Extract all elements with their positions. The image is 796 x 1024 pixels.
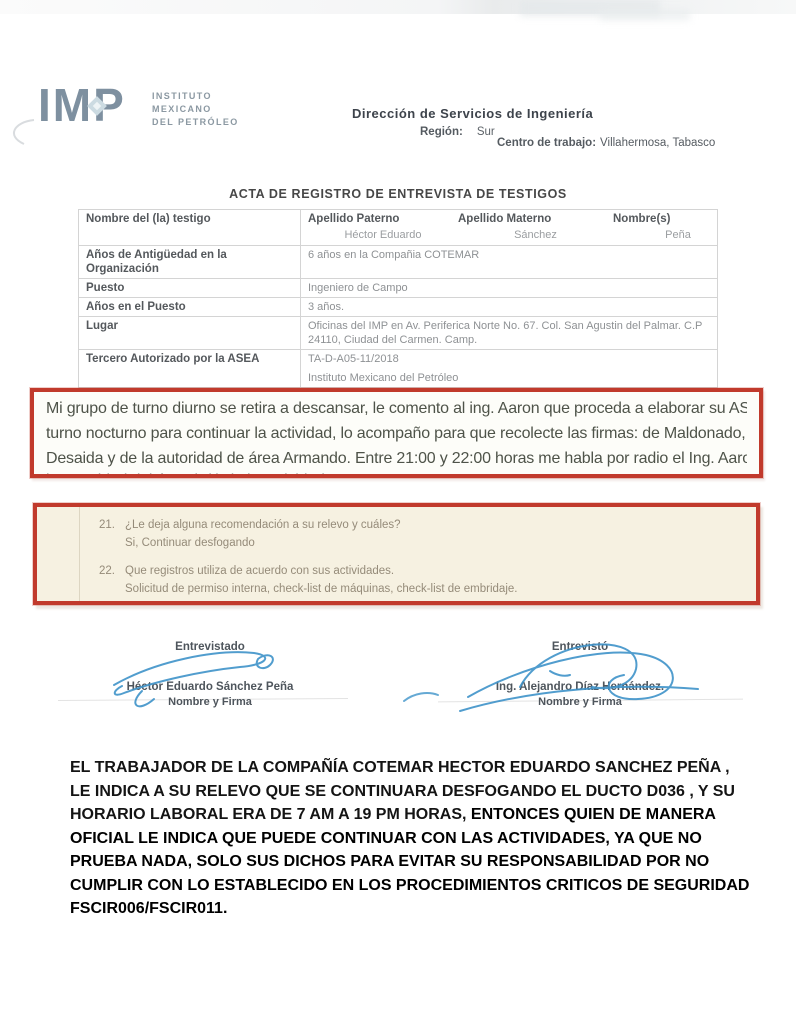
name-headers: Apellido Paterno Apellido Materno Nombre… [308, 212, 710, 242]
row-label: Tercero Autorizado por la ASEA [79, 350, 301, 388]
question-answer: Solicitud de permiso interna, check-list… [99, 582, 746, 597]
column-header: Apellido Materno [458, 212, 613, 226]
question-item: 21.¿Le deja alguna recomendación a su re… [99, 518, 746, 551]
table-row: Tercero Autorizado por la ASEA TA-D-A05-… [79, 350, 718, 388]
column-header: Nombre(s) [613, 212, 743, 226]
page-title: ACTA DE REGISTRO DE ENTREVISTA DE TESTIG… [0, 187, 796, 201]
institute-line: MEXICANO [152, 103, 239, 116]
question-text: Que registros utiliza de acuerdo con sus… [125, 565, 394, 577]
row-label: Nombre del (la) testigo [79, 210, 301, 246]
row-value: Apellido Paterno Apellido Materno Nombre… [301, 210, 718, 246]
row-value: Ingeniero de Campo [301, 279, 718, 298]
table-row: Años de Antigüedad en la Organización 6 … [79, 246, 718, 279]
witness-maternal-surname: Peña [613, 226, 743, 242]
worksite-line: Centro de trabajo:Villahermosa, Tabasco [497, 137, 715, 149]
highlighted-questions-box: 21.¿Le deja alguna recomendación a su re… [33, 503, 760, 605]
signature-stray-mark-icon [402, 687, 442, 705]
signature-caption: Nombre y Firma [450, 696, 710, 708]
witness-first-names: Héctor Eduardo [308, 226, 458, 242]
statement-line: Mi grupo de turno diurno se retira a des… [46, 396, 747, 421]
table-row: Lugar Oficinas del IMP en Av. Periferica… [79, 317, 718, 350]
statement-line: turno nocturno para continuar la activid… [46, 421, 747, 446]
row-label: Años de Antigüedad en la Organización [79, 246, 301, 279]
witness-info-table: Nombre del (la) testigo Apellido Paterno… [78, 209, 718, 408]
region-value: Sur [477, 126, 495, 138]
scan-artifact-blob [600, 10, 690, 20]
question-number: 22. [99, 564, 125, 579]
statement-line-clipped: la autoridad del área (Ri ) de la activi… [46, 471, 747, 478]
asea-code: TA-D-A05-11/2018 [308, 353, 399, 365]
region-line: Región:Sur [420, 126, 495, 138]
institute-line: DEL PETRÓLEO [152, 116, 239, 129]
asea-entity: Instituto Mexicano del Petróleo [308, 371, 710, 385]
pen-mark-artifact [4, 116, 40, 150]
signature-role-label: Entrevistó [450, 641, 710, 653]
table-row: Años en el Puesto 3 años. [79, 298, 718, 317]
imp-logo: IMP [38, 78, 126, 132]
interviewee-name: Héctor Eduardo Sánchez Peña [80, 681, 340, 693]
question-answer: Si, Continuar desfogando [99, 536, 746, 551]
table-row: Nombre del (la) testigo Apellido Paterno… [79, 210, 718, 246]
signature-caption: Nombre y Firma [80, 696, 340, 708]
interviewer-name: Ing. Alejandro Díaz Hernández. [450, 681, 710, 693]
row-label: Años en el Puesto [79, 298, 301, 317]
witness-paternal-surname: Sánchez [458, 226, 613, 242]
question-number: 21. [99, 518, 125, 533]
row-value: 3 años. [301, 298, 718, 317]
question-text: ¿Le deja alguna recomendación a su relev… [125, 519, 401, 531]
table-rule-artifact [79, 507, 80, 601]
row-label: Puesto [79, 279, 301, 298]
column-header: Apellido Paterno [308, 212, 458, 226]
interviewee-signature-block: Entrevistado Héctor Eduardo Sánchez Peña… [80, 641, 340, 708]
row-value: 6 años en la Compañia COTEMAR [301, 246, 718, 279]
direction-title: Dirección de Servicios de Ingeniería [352, 106, 593, 121]
question-item: 22.Que registros utiliza de acuerdo con … [99, 564, 746, 597]
highlighted-statement-box: Mi grupo de turno diurno se retira a des… [30, 388, 763, 478]
institute-name: INSTITUTO MEXICANO DEL PETRÓLEO [152, 90, 239, 129]
region-label: Región: [420, 126, 463, 138]
institute-line: INSTITUTO [152, 90, 239, 103]
table-row: Puesto Ingeniero de Campo [79, 279, 718, 298]
statement-line: Desaida y de la autoridad de área Armand… [46, 446, 747, 471]
row-value: TA-D-A05-11/2018 Instituto Mexicano del … [301, 350, 718, 388]
worksite-value: Villahermosa, Tabasco [600, 137, 715, 149]
row-value: Oficinas del IMP en Av. Periferica Norte… [301, 317, 718, 350]
worksite-label: Centro de trabajo: [497, 137, 596, 149]
signature-role-label: Entrevistado [80, 641, 340, 653]
conclusion-paragraph: EL TRABAJADOR DE LA COMPAÑÍA COTEMAR HEC… [70, 756, 754, 921]
interviewer-signature-block: Entrevistó Ing. Alejandro Díaz Hernández… [450, 641, 710, 708]
row-label: Lugar [79, 317, 301, 350]
document-page: IMP INSTITUTO MEXICANO DEL PETRÓLEO Dire… [0, 0, 796, 1024]
